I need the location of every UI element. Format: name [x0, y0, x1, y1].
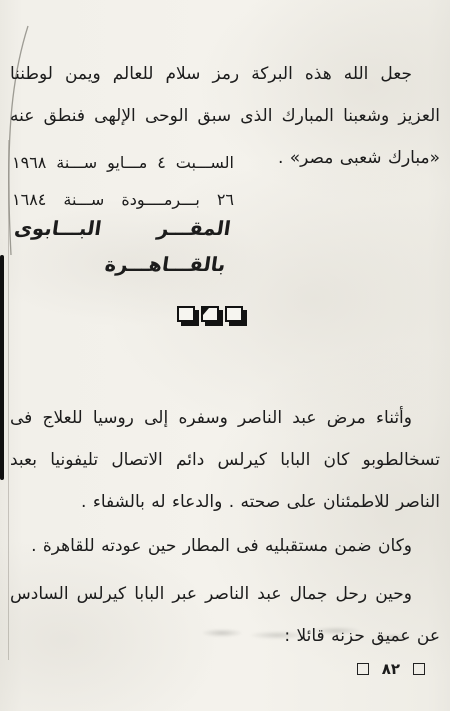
footer-square-icon: [413, 663, 425, 675]
scan-edge-bar: [0, 255, 4, 480]
gregorian-date: الســـبت ٤ مـــايو ســـنة ١٩٦٨: [12, 144, 234, 181]
paragraph-mourning: وحين رحل جمال عبد الناصر عبر البابا كيرل…: [10, 573, 440, 657]
ornament-square-icon: [201, 306, 219, 322]
paragraph-illness: وأثناء مرض عبد الناصر وسفره إلى روسيا لل…: [10, 397, 440, 523]
section-divider-ornament: [177, 306, 243, 322]
page-number: ٨٢: [382, 662, 400, 676]
papal-seat-heading: المقـــر البـــابوى بالقـــاهـــرة: [7, 211, 233, 283]
ornament-square-icon: [225, 306, 243, 322]
page-footer: ٨٢: [357, 662, 425, 676]
footer-square-icon: [357, 663, 369, 675]
dateline-block: الســـبت ٤ مـــايو ســـنة ١٩٦٨ ٢٦ بـــرم…: [12, 144, 234, 218]
scan-edge-hairline: [8, 140, 9, 660]
scanned-book-page: جعل الله هذه البركة رمز سلام للعالم ويمن…: [0, 0, 450, 711]
ornament-square-icon: [177, 306, 195, 322]
paragraph-airport: وكان ضمن مستقبليه فى المطار حين عودته لل…: [10, 525, 440, 567]
